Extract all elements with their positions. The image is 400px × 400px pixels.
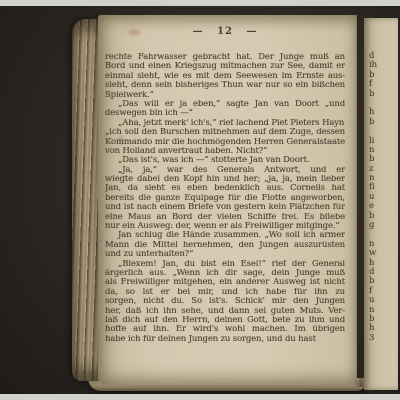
- text-line: bereits die ganze Equipage für die Flott…: [105, 194, 345, 203]
- paragraph: „Blexem! Jan, du bist ein Esel!“ rief de…: [105, 260, 345, 345]
- text-line: „Aha, jetzt merk' ich's,“ rief lachend P…: [105, 119, 345, 128]
- text-line: Jan schlug die Hände zusammen. „Wo soll …: [105, 231, 345, 240]
- facing-page-sliver: dihbfbhblinbznfiuebgnwhdbfunbh3: [364, 18, 398, 390]
- text-line: habe ich für deinen Jungen zu sorgen, un…: [105, 335, 345, 344]
- fragment-line: b: [369, 155, 398, 164]
- text-line: sorgen, nicht du. So ist's. Schick' mir …: [105, 297, 345, 306]
- text-line: Jan, da sieht es eben bedenklich aus. Co…: [105, 184, 345, 193]
- text-line: laß dich auf den Herrn, deinen Gott, bet…: [105, 316, 345, 325]
- text-line: Kommando mir die hochmögenden Herren Gen…: [105, 138, 345, 147]
- text-line: „Das ist's, was ich —“ stotterte Jan van…: [105, 156, 345, 165]
- text-line: „Blexem! Jan, du bist ein Esel!“ rief de…: [105, 260, 345, 269]
- book-page: — 12 — rechte Fahrwasser gebracht hat. D…: [98, 15, 357, 385]
- text-line: von Holland anvertraut haben. Nicht?“: [105, 147, 345, 156]
- text-line: eine Maus an Bord der vielen Schiffe fre…: [105, 213, 345, 222]
- text-line: her, daß ich ihn sehe, und dann sei gute…: [105, 307, 345, 316]
- fragment-line: b: [369, 71, 398, 80]
- letterbox-bottom: [0, 394, 400, 400]
- fragment-line: b: [369, 277, 398, 286]
- paragraphs-container: rechte Fahrwasser gebracht hat. Der Jung…: [105, 53, 345, 344]
- letterbox-top: [0, 0, 400, 6]
- text-line: „ich soll den Burschen mitnehmen auf dem…: [105, 128, 345, 137]
- text-line: deswegen bin ich —“: [105, 109, 345, 118]
- text-line: einmal sieht, wie es mit dem Seewesen im…: [105, 72, 345, 81]
- fragment-line: 3: [369, 334, 398, 343]
- text-line: und ist nach einem Briefe von gestern ke…: [105, 203, 345, 212]
- paragraph: „Aha, jetzt merk' ich's,“ rief lachend P…: [105, 119, 345, 157]
- facing-page-fragments: dihbfbhblinbznfiuebgnwhdbfunbh3: [364, 52, 398, 353]
- paragraph: „Das ist's, was ich —“ stotterte Jan van…: [105, 156, 345, 165]
- text-line: ärgerlich aus. „Wenn ich dir sage, dein …: [105, 269, 345, 278]
- paragraph: „Ja, ja,“ war des Generals Antwort, und …: [105, 166, 345, 232]
- paragraph: rechte Fahrwasser gebracht hat. Der Jung…: [105, 53, 345, 100]
- text-line: da, so ist er bei mir, und ich habe für …: [105, 288, 345, 297]
- text-line: hoffe auf ihn. Er wird's wohl machen. Im…: [105, 325, 345, 334]
- text-line: Mann die Mittel hernehmen, den Jungen au…: [105, 241, 345, 250]
- paragraph: Jan schlug die Hände zusammen. „Wo soll …: [105, 231, 345, 259]
- photo-background: — 12 — rechte Fahrwasser gebracht hat. D…: [0, 0, 400, 400]
- text-line: „Das will er ja eben,“ sagte Jan van Doo…: [105, 100, 345, 109]
- body-text: — 12 — rechte Fahrwasser gebracht hat. D…: [105, 26, 345, 344]
- book-photo: — 12 — rechte Fahrwasser gebracht hat. D…: [72, 13, 398, 389]
- text-line: rechte Fahrwasser gebracht hat. Der Jung…: [105, 53, 345, 62]
- page-number: — 12 —: [105, 26, 345, 39]
- fragment-line: g: [369, 221, 398, 230]
- text-line: nur ein Ausweg: der, wenn er als Freiwil…: [105, 222, 345, 231]
- text-line: sieht, denn sein bisheriges Thun war nur…: [105, 81, 345, 90]
- paragraph: „Das will er ja eben,“ sagte Jan van Doo…: [105, 100, 345, 119]
- text-line: Spielwerk.“: [105, 91, 345, 100]
- fragment-line: b: [369, 118, 398, 127]
- text-line: Bord und einen Kriegszug mitmachen zur S…: [105, 62, 345, 71]
- fragment-line: [369, 343, 398, 352]
- fragment-line: b: [369, 90, 398, 99]
- text-line: wiegte dabei den Kopf hin und her; „ja, …: [105, 175, 345, 184]
- text-line: „Ja, ja,“ war des Generals Antwort, und …: [105, 166, 345, 175]
- text-line: und zu unterhalten?“: [105, 250, 345, 259]
- text-line: als Freiwilliger mitgehen, ein anderer A…: [105, 278, 345, 287]
